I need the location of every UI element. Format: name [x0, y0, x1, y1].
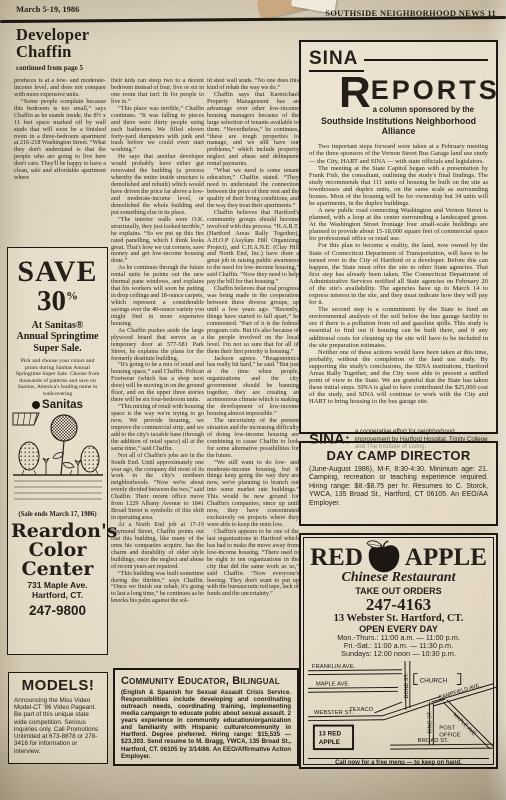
article-column-2: their kids can sleep two to a decent bed… [111, 78, 204, 661]
percent-sign: % [66, 288, 78, 302]
restaurant-name: RED APPLE [308, 540, 489, 574]
map-label-post1: POST [439, 725, 455, 731]
map-label-franklin: FRANKLIN AVE. [312, 663, 356, 669]
garden-illustration-icon [12, 411, 104, 503]
paragraph: The uncertainty of the present situation… [207, 418, 299, 460]
restaurant-phone: 247-4163 [308, 596, 489, 613]
paragraph: id steel wall studs. “No one does this k… [207, 78, 299, 92]
article-column-3: id steel wall studs. “No one does this k… [207, 78, 299, 663]
community-ad-body: (English & Spanish for Sexual Assault Cr… [121, 689, 291, 760]
sanitas-logo: Sanitas [11, 399, 104, 411]
article-column-1: produces is at a low- and moderate-incom… [14, 78, 106, 244]
menu-footer-note: Call now for a free menu — to keep on ha… [308, 758, 489, 766]
paragraph: “Some people complain because this bedro… [14, 99, 106, 182]
store-address-line1: 731 Maple Ave. [11, 580, 104, 590]
community-ad-title: Community Educator, Bilingual [121, 675, 291, 687]
paragraph: “The interior walls were O.K. structural… [111, 217, 204, 266]
red-apple-inner-frame: RED APPLE Chinese Restaurant TAKE OUT OR… [303, 537, 494, 765]
reports-rest: EPORTS [371, 77, 500, 104]
paragraph: For this plan to become a reality, the l… [309, 242, 488, 306]
paragraph: “It's going to be a mix of retail and ho… [111, 362, 204, 404]
article-title: Developer Chaffin [16, 26, 116, 61]
paragraph: He says that another developer would pro… [111, 154, 204, 216]
paragraph: produces is at a low- and moderate-incom… [14, 78, 106, 99]
discount-number: 30 [37, 285, 66, 317]
sanitas-reardons-ad: SAVE 30% At Sanitas® Annual Springtime S… [7, 247, 108, 655]
store-phone: 247-9800 [11, 603, 104, 618]
paragraph: Chaffin's appears to be one of the last … [207, 529, 299, 598]
paragraph: The meeting at the State Capitol began w… [309, 165, 488, 207]
paragraph: “This building was built sometime during… [111, 571, 204, 606]
restaurant-name-apple: APPLE [405, 545, 487, 570]
sanitas-dot-icon [32, 401, 40, 409]
sanitas-line2: Annual Springtime [11, 331, 104, 343]
store-name: Reardon's Color Center [11, 522, 104, 578]
map-label-store2: APPLE [319, 739, 340, 746]
map-label-king: KING ST. [427, 711, 433, 733]
paragraph: Chaffin says that Karmichael Property Ma… [207, 92, 299, 168]
store-address-line2: Hartford, CT. [11, 590, 104, 600]
newspaper-page: March 5-19, 1986 SOUTHSIDE NEIGHBORHOOD … [0, 0, 506, 800]
save-headline: SAVE [11, 258, 104, 287]
map-label-webster: WEBSTER ST. [314, 709, 353, 715]
paragraph: Neither one of these actions would have … [309, 349, 488, 406]
paragraph: their kids can sleep two to a decent bed… [111, 78, 204, 106]
continued-from-note: continued from page 5 [16, 64, 83, 72]
sanitas-line1: At Sanitas® [11, 320, 104, 332]
paragraph: Sundays: 12:00 noon — 10:30 p.m. [308, 650, 489, 658]
map-label-church: CHURCH [420, 677, 448, 684]
restaurant-address: 13 Webster St. Hartford, CT. [308, 613, 489, 624]
store-name-line3: Center [11, 560, 104, 579]
article-title-line1: Developer [16, 26, 116, 43]
discount-value: 30% [11, 287, 104, 316]
paragraph: A new public road connecting Washington … [309, 207, 488, 242]
sanitas-brand-name: Sanitas [42, 399, 83, 411]
red-apple-ad: RED APPLE Chinese Restaurant TAKE OUT OR… [299, 533, 498, 769]
sina-tagline1: a column sponsored by the [309, 105, 488, 114]
hours-list: Mon.-Thurs.: 11:00 a.m. — 11:00 p.m.Fri.… [308, 634, 489, 658]
models-body: Announcing the Miss Video Model-CT '86 V… [14, 697, 102, 755]
article-title-line2: Chaffin [16, 43, 116, 60]
sina-header-rule [364, 59, 488, 62]
map-label-bond: BOND ST. [404, 673, 410, 698]
community-educator-ad: Community Educator, Bilingual (English &… [113, 668, 299, 766]
location-map: FRANKLIN AVE. BOND ST. CHURCH MAPLE AVE.… [308, 659, 496, 753]
restaurant-name-red: RED [310, 545, 363, 570]
store-name-line2: Color [11, 541, 104, 560]
paragraph: “This place was terrible,” Chaffin conti… [111, 106, 204, 155]
paragraph: The second step is a commitment by the S… [309, 306, 488, 348]
sina-header: SINA [309, 48, 488, 72]
sina-tagline2: Southside Institutions Neighborhood Alli… [309, 116, 488, 136]
paragraph: “We still want to do low- and moderate-i… [207, 460, 299, 529]
paragraph: Jackson agrees. “Reagonomics has really … [207, 356, 299, 418]
paragraph: Chaffin believes that real progress was … [207, 286, 299, 355]
day-camp-body: (June-August 1986), M-F, 8:30-4:30. Mini… [309, 466, 488, 508]
map-label-maple: MAPLE AVE. [316, 681, 350, 687]
paragraph: Not all of Chaffin's jobs are in the Sou… [111, 453, 204, 522]
day-camp-ad: DAY CAMP DIRECTOR (June-August 1986), M-… [299, 441, 498, 526]
apple-icon [365, 540, 403, 574]
store-address: 731 Maple Ave. Hartford, CT. [11, 580, 104, 600]
sanitas-line3: Super Sale. [11, 343, 104, 355]
sanitas-body-text: Pick and choose your colors and prints d… [14, 358, 101, 397]
map-label-broad: BROAD ST. [418, 738, 449, 744]
reports-dropcap: R [339, 74, 371, 111]
paragraph: As he continues through the future renta… [111, 265, 204, 327]
paragraph: Chaffin believes that Hartford's communi… [207, 210, 299, 286]
models-title: MODELS! [14, 677, 102, 694]
restaurant-subtitle: Chinese Restaurant [308, 570, 489, 586]
paragraph: As Chaffin pushes aside the large plywoo… [111, 328, 204, 363]
paragraph: Two important steps forward were taken a… [309, 143, 488, 164]
models-ad: MODELS! Announcing the Miss Video Model-… [8, 672, 108, 764]
map-label-store1: 13 RED [319, 730, 342, 737]
day-camp-title: DAY CAMP DIRECTOR [309, 448, 488, 463]
sina-reports-column: SINA R EPORTS a column sponsored by the … [299, 40, 498, 434]
sale-ends-note: (Sale ends March 17, 1986) [11, 511, 104, 518]
sina-body: Two important steps forward were taken a… [309, 143, 488, 424]
paragraph: At a North End job at 17-19 Raymond Stre… [111, 522, 204, 571]
paragraph: “What we need is some tenant education,”… [207, 168, 299, 210]
paragraph: “This mixing of retail with housing spac… [111, 404, 204, 453]
